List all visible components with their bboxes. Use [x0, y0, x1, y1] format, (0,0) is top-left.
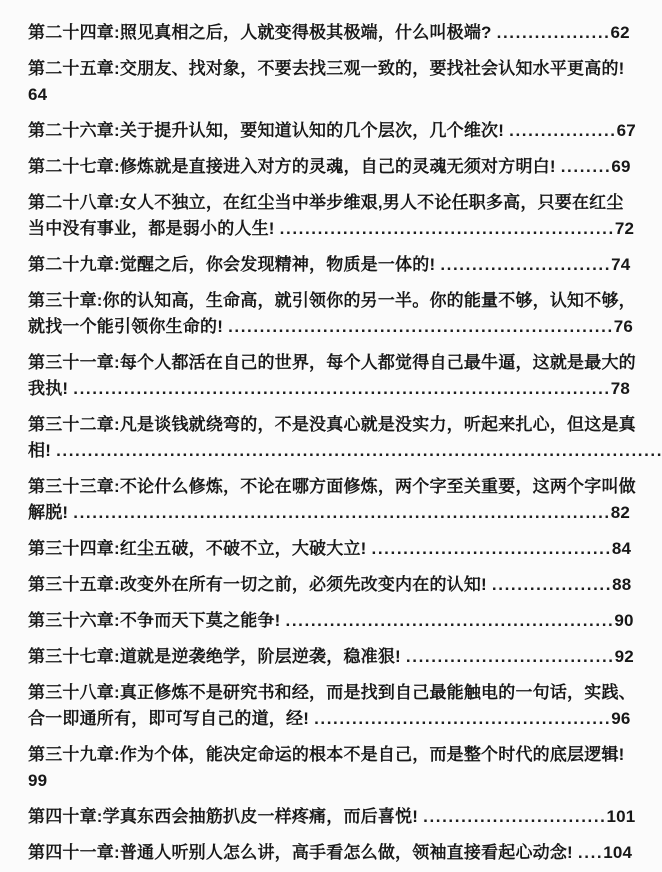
- dot-leader: ........................................…: [56, 441, 662, 460]
- dot-leader: ........................................…: [73, 379, 610, 398]
- chapter-title: 第四十一章:普通人听别人怎么讲，高手看怎么做，领袖直接看起心动念!: [28, 843, 573, 862]
- toc-entry: 第二十八章:女人不独立，在红尘当中举步维艰,男人不论任职多高，只要在红尘当中没有…: [28, 190, 636, 242]
- chapter-title: 第四十章:学真东西会抽筋扒皮一样疼痛，而后喜悦!: [28, 807, 418, 826]
- toc-entry: 第四十一章:普通人听别人怎么讲，高手看怎么做，领袖直接看起心动念!....104: [28, 840, 636, 866]
- chapter-title: 第三十四章:红尘五破，不破不立，大破大立!: [28, 539, 367, 558]
- page-number: 101: [607, 807, 636, 826]
- toc-entry: 第二十七章:修炼就是直接进入对方的灵魂，自己的灵魂无须对方明白!........…: [28, 154, 636, 180]
- toc-entry: 第三十七章:道就是逆袭绝学，阶层逆袭，稳准狠!.................…: [28, 644, 636, 670]
- page-number: 104: [603, 843, 632, 862]
- page-number: 72: [615, 219, 634, 238]
- toc-entry: 第三十四章:红尘五破，不破不立，大破大立!...................…: [28, 536, 636, 562]
- toc-entry: 第二十五章:交朋友、找对象，不要去找三观一致的，要找社会认知水平更高的!64: [28, 56, 636, 108]
- dot-leader: ........................................…: [73, 503, 610, 522]
- dot-leader: ..................: [497, 23, 611, 42]
- toc-entry: 第三十章:你的认知高，生命高，就引领你的另一半。你的能量不够，认知不够，就找一个…: [28, 288, 636, 340]
- page-number: 96: [611, 709, 630, 728]
- page-number: 64: [28, 82, 636, 108]
- page-number: 67: [617, 121, 636, 140]
- toc-entry: 第三十六章:不争而天下莫之能争!........................…: [28, 608, 636, 634]
- scanned-toc-document: { "document": { "kind": "table-of-conten…: [0, 0, 662, 872]
- toc-entry: 第三十八章:真正修炼不是研究书和经，而是找到自己最能触电的一句话，实践、合一即通…: [28, 680, 636, 732]
- dot-leader: ....: [578, 843, 603, 862]
- toc-entry: 第三十九章:作为个体，能决定命运的根本不是自己，而是整个时代的底层逻辑!99: [28, 742, 636, 794]
- chapter-title: 第三十六章:不争而天下莫之能争!: [28, 611, 281, 630]
- toc-entry: 第三十五章:改变外在所有一切之前，必须先改变内在的认知!............…: [28, 572, 636, 598]
- toc-entry: 第三十一章:每个人都活在自己的世界，每个人都觉得自己最牛逼，这就是最大的我执!.…: [28, 350, 636, 402]
- dot-leader: ...........................: [440, 255, 611, 274]
- dot-leader: ........................................…: [280, 219, 615, 238]
- toc-entry: 第二十四章:照见真相之后，人就变得极其极端，什么叫极端?............…: [28, 20, 636, 46]
- chapter-title: 第二十四章:照见真相之后，人就变得极其极端，什么叫极端?: [28, 23, 492, 42]
- toc-entry: 第四十章:学真东西会抽筋扒皮一样疼痛，而后喜悦!................…: [28, 804, 636, 830]
- dot-leader: .................: [509, 121, 617, 140]
- page-number: 88: [612, 575, 631, 594]
- dot-leader: ...................: [492, 575, 612, 594]
- dot-leader: ........................................…: [228, 317, 614, 336]
- chapter-title: 第二十六章:关于提升认知，要知道认知的几个层次，几个维次!: [28, 121, 504, 140]
- toc-entry: 第二十六章:关于提升认知，要知道认知的几个层次，几个维次!...........…: [28, 118, 636, 144]
- chapter-title: 第二十五章:交朋友、找对象，不要去找三观一致的，要找社会认知水平更高的!: [28, 59, 625, 78]
- page-number: 74: [611, 255, 630, 274]
- chapter-title: 第三十五章:改变外在所有一切之前，必须先改变内在的认知!: [28, 575, 487, 594]
- toc-list: 第二十四章:照见真相之后，人就变得极其极端，什么叫极端?............…: [28, 20, 636, 866]
- toc-page: 第二十四章:照见真相之后，人就变得极其极端，什么叫极端?............…: [0, 0, 662, 872]
- page-number: 84: [612, 539, 631, 558]
- dot-leader: .................................: [406, 647, 615, 666]
- page-number: 62: [610, 23, 629, 42]
- page-number: 82: [611, 503, 630, 522]
- page-number: 92: [615, 647, 634, 666]
- dot-leader: .............................: [423, 807, 606, 826]
- page-number: 90: [614, 611, 633, 630]
- dot-leader: ......................................: [372, 539, 612, 558]
- toc-entry: 第二十九章:觉醒之后，你会发现精神，物质是一体的!...............…: [28, 252, 636, 278]
- page-number: 99: [28, 768, 636, 794]
- page-number: 69: [611, 157, 630, 176]
- page-number: 76: [614, 317, 633, 336]
- chapter-title: 第三十九章:作为个体，能决定命运的根本不是自己，而是整个时代的底层逻辑!: [28, 745, 625, 764]
- dot-leader: ........: [561, 157, 612, 176]
- toc-entry: 第三十二章:凡是谈钱就绕弯的，不是没真心就是没实力，听起来扎心，但这是真相!..…: [28, 412, 636, 464]
- dot-leader: ........................................…: [314, 709, 611, 728]
- dot-leader: ........................................…: [286, 611, 615, 630]
- toc-entry: 第三十三章:不论什么修炼，不论在哪方面修炼，两个字至关重要，这两个字叫做解脱!.…: [28, 474, 636, 526]
- page-number: 78: [611, 379, 630, 398]
- chapter-title: 第二十七章:修炼就是直接进入对方的灵魂，自己的灵魂无须对方明白!: [28, 157, 556, 176]
- chapter-title: 第二十九章:觉醒之后，你会发现精神，物质是一体的!: [28, 255, 435, 274]
- chapter-title: 第三十七章:道就是逆袭绝学，阶层逆袭，稳准狠!: [28, 647, 401, 666]
